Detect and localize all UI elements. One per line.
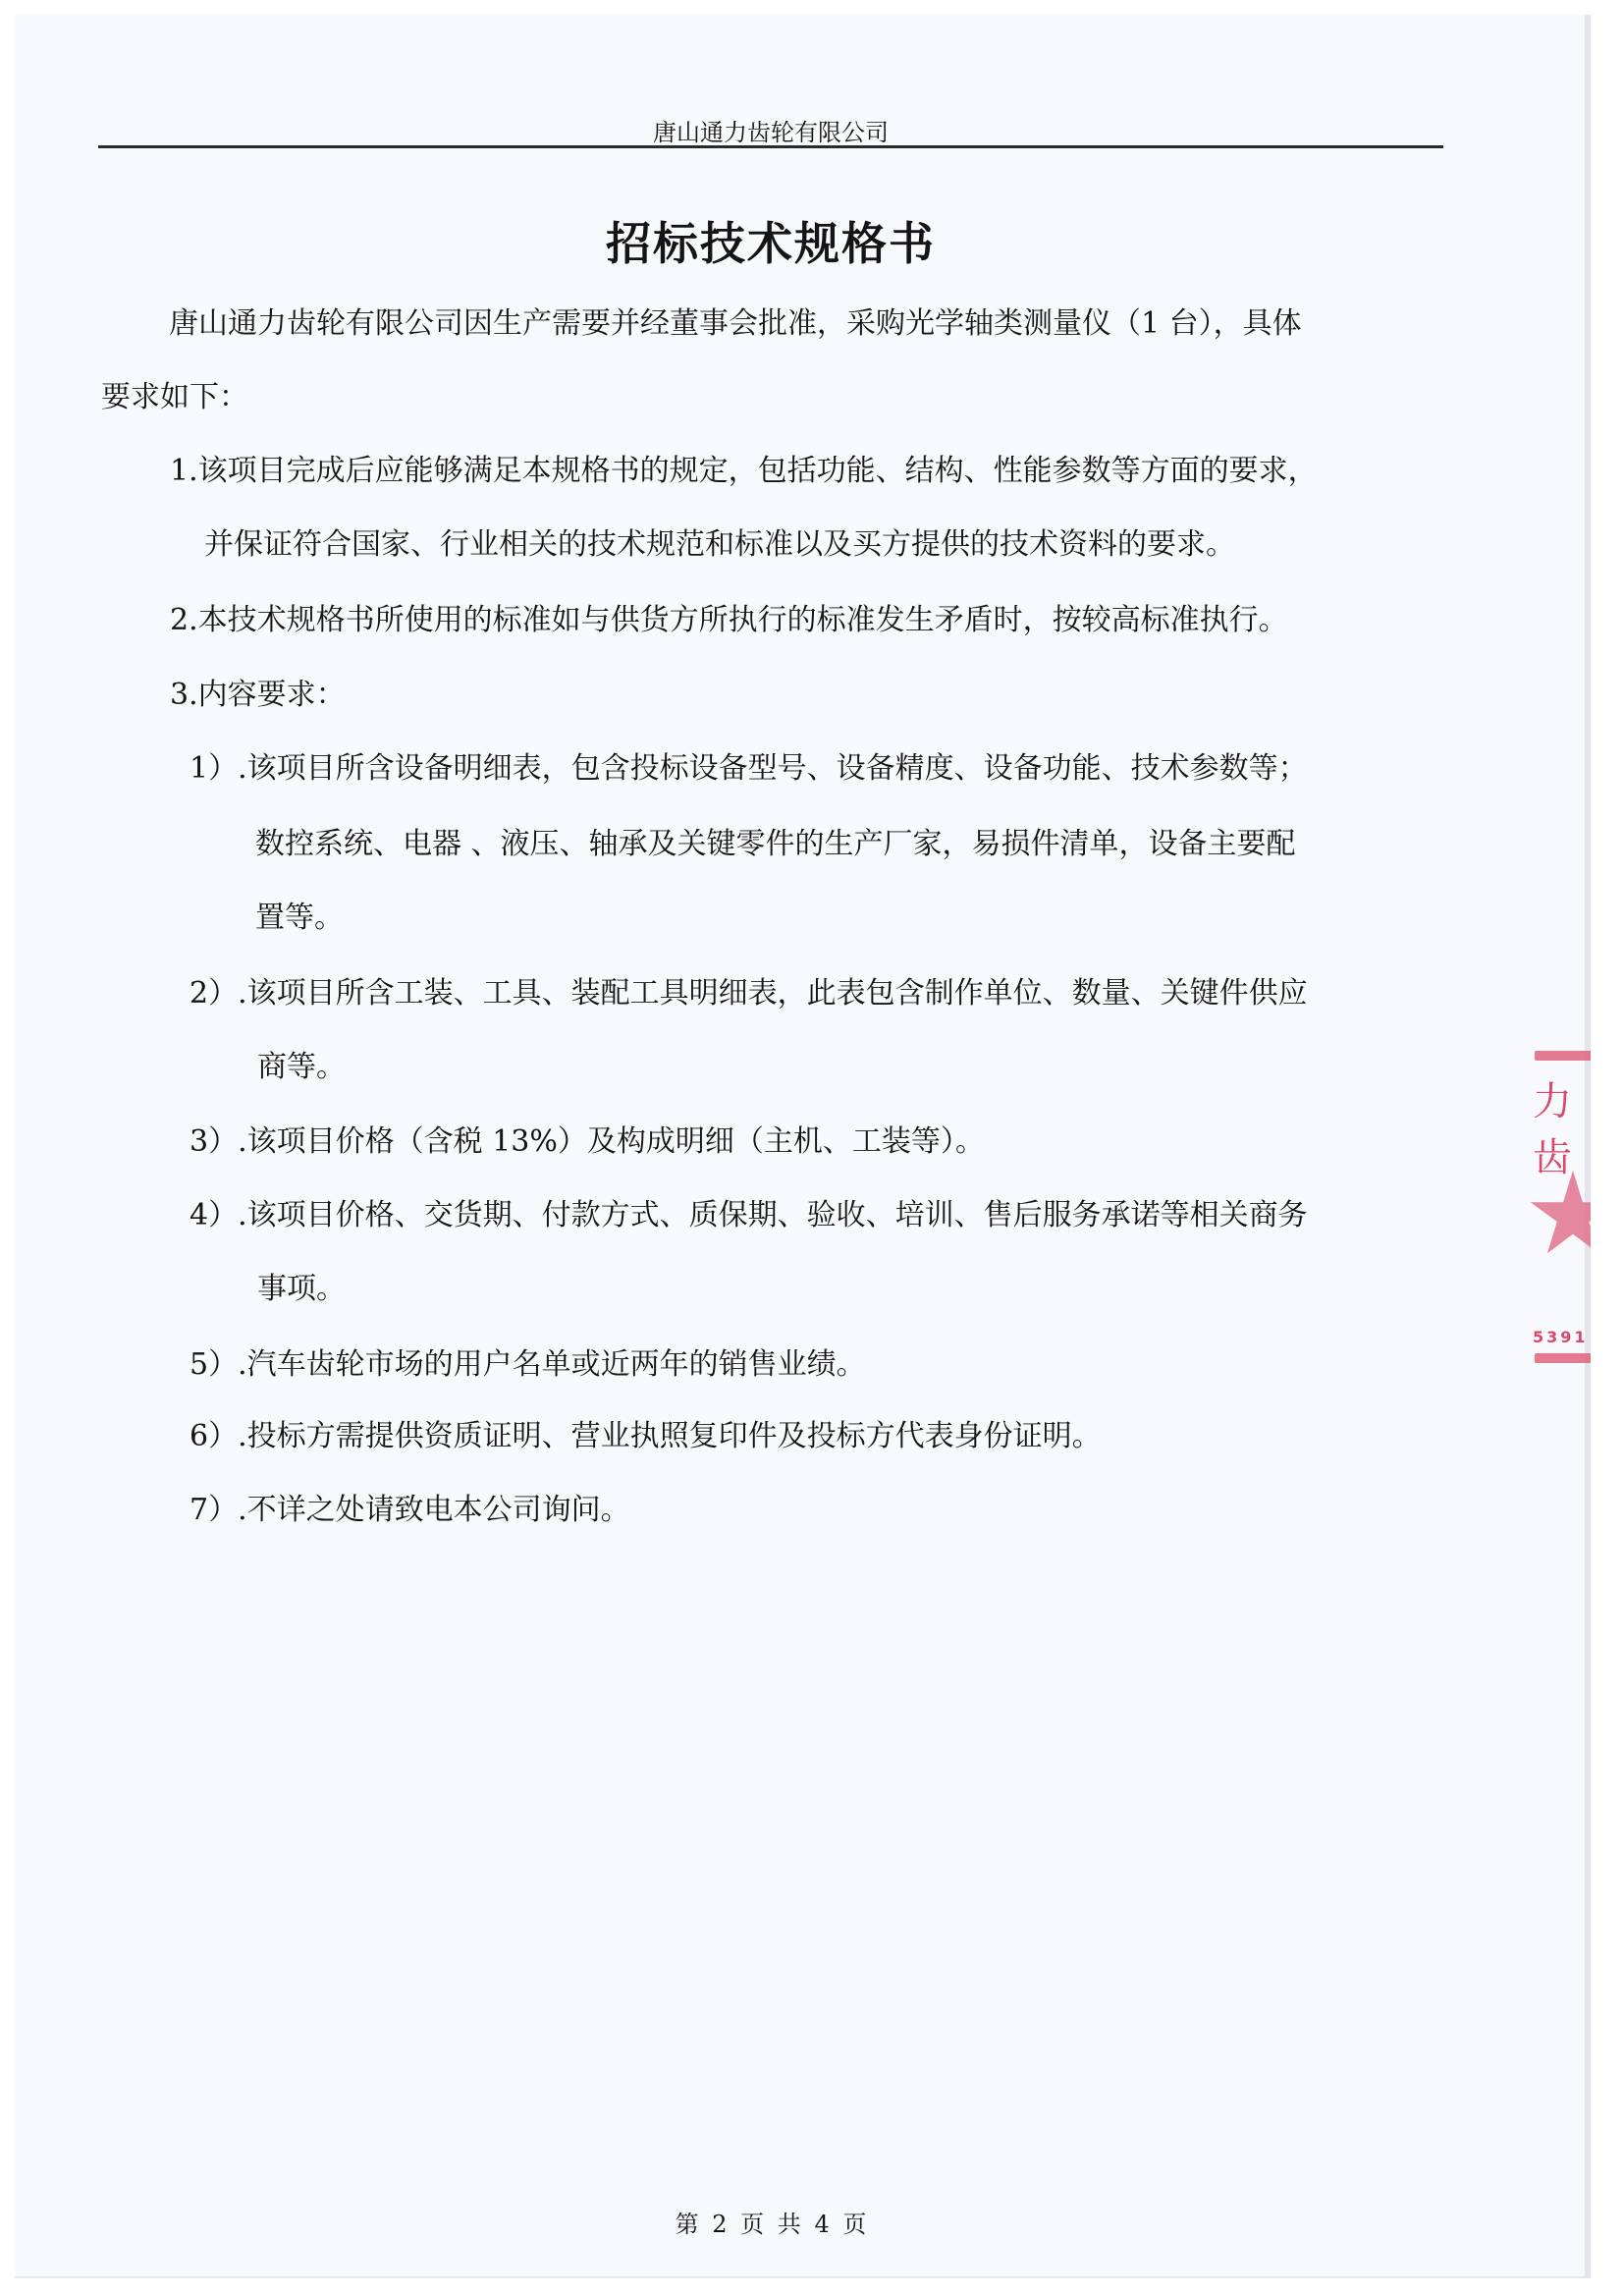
section-2-line-1: 2.本技术规格书所使用的标准如与供货方所执行的标准发生矛盾时，按较高标准执行。	[170, 601, 1288, 640]
requirement-text: .该项目价格（含税 13%）及构成明细（主机、工装等）。	[238, 1124, 985, 1159]
section-1-line-1: 1.该项目完成后应能够满足本规格书的规定，包括功能、结构、性能参数等方面的要求，	[170, 452, 1318, 491]
requirement-text: .该项目所含设备明细表，包含投标设备型号、设备精度、设备功能、技术参数等；	[238, 751, 1308, 786]
requirement-number: 4）	[189, 1198, 238, 1232]
intro-line-2: 要求如下：	[101, 378, 248, 417]
section-1-line-2: 并保证符合国家、行业相关的技术规范和标准以及买方提供的技术资料的要求。	[204, 525, 1235, 565]
requirement-2: 2）.该项目所含工装、工具、装配工具明细表，此表包含制作单位、数量、关键件供应	[189, 974, 1308, 1013]
header-divider	[98, 145, 1443, 148]
seal-top-band	[1535, 1051, 1591, 1061]
requirement-number: 5）	[189, 1347, 238, 1382]
requirement-1: 1）.该项目所含设备明细表，包含投标设备型号、设备精度、设备功能、技术参数等；	[189, 749, 1308, 789]
requirement-4-line-2: 事项。	[257, 1270, 346, 1309]
seal-code: 5391	[1533, 1328, 1589, 1346]
requirement-number: 1）	[189, 751, 238, 786]
requirement-2-line-2: 商等。	[257, 1048, 346, 1087]
requirement-number: 6）	[189, 1419, 238, 1453]
requirement-text: .该项目所含工装、工具、装配工具明细表，此表包含制作单位、数量、关键件供应	[238, 976, 1308, 1011]
page-number-footer: 第 2 页 共 4 页	[0, 2205, 1542, 2239]
requirement-number: 3）	[189, 1124, 238, 1159]
requirement-3: 3）.该项目价格（含税 13%）及构成明细（主机、工装等）。	[189, 1122, 985, 1162]
requirement-text: .汽车齿轮市场的用户名单或近两年的销售业绩。	[238, 1347, 866, 1382]
section-3-heading: 3.内容要求：	[170, 676, 346, 715]
intro-line-1: 唐山通力齿轮有限公司因生产需要并经董事会批准，采购光学轴类测量仪（1 台），具体	[169, 304, 1302, 344]
requirement-1-line-2: 数控系统、电器 、液压、轴承及关键零件的生产厂家，易损件清单，设备主要配	[255, 825, 1296, 864]
requirement-6: 6）.投标方需提供资质证明、营业执照复印件及投标方代表身份证明。	[189, 1417, 1102, 1456]
company-seal-stamp: 力齿 5391	[1527, 1041, 1591, 1375]
requirement-number: 7）	[189, 1493, 238, 1527]
seal-bottom-band	[1535, 1353, 1591, 1363]
requirement-text: .投标方需提供资质证明、营业执照复印件及投标方代表身份证明。	[238, 1419, 1102, 1453]
page-header-company: 唐山通力齿轮有限公司	[0, 113, 1542, 147]
requirement-text: .不详之处请致电本公司询问。	[238, 1493, 630, 1527]
requirement-text: .该项目价格、交货期、付款方式、质保期、验收、培训、售后服务承诺等相关商务	[238, 1198, 1308, 1232]
requirement-4: 4）.该项目价格、交货期、付款方式、质保期、验收、培训、售后服务承诺等相关商务	[189, 1196, 1308, 1235]
seal-star-icon	[1529, 1169, 1591, 1257]
seal-characters: 力齿	[1533, 1070, 1591, 1182]
requirement-1-line-3: 置等。	[255, 899, 344, 938]
requirement-7: 7）.不详之处请致电本公司询问。	[189, 1491, 630, 1530]
requirement-number: 2）	[189, 976, 238, 1011]
document-title: 招标技术规格书	[0, 208, 1542, 273]
requirement-5: 5）.汽车齿轮市场的用户名单或近两年的销售业绩。	[189, 1345, 866, 1385]
